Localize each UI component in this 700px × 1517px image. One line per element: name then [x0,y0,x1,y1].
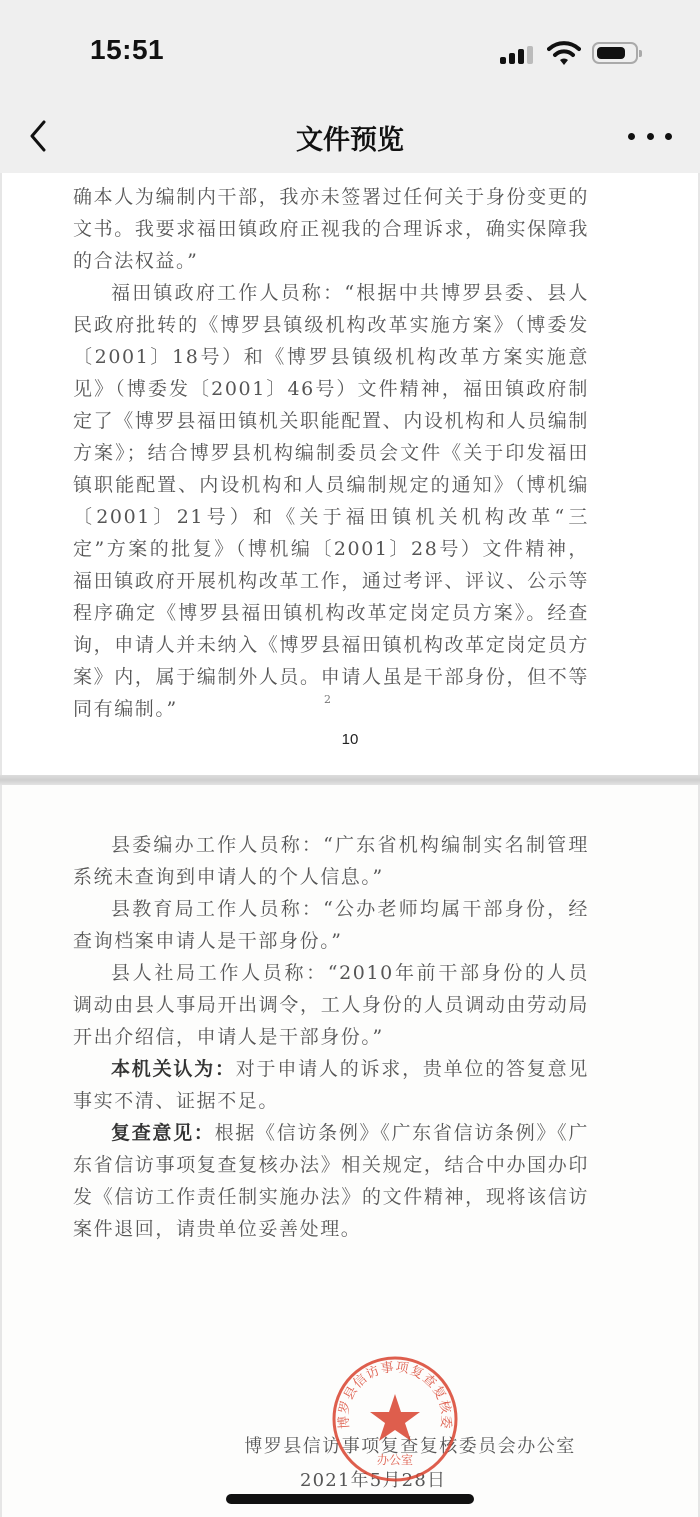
signature-date: 2021年5月28日 [300,1466,500,1492]
cellular-signal-icon [500,46,536,64]
inner-page-number: 2 [324,693,331,706]
paragraph: 县委编办工作人员称：“广东省机构编制实名制管理系统未查询到申请人的个人信息。” [73,829,589,893]
page-separator [0,775,700,785]
paragraph: 县教育局工作人员称：“公办老师均属干部身份，经查询档案申请人是干部身份。” [73,893,589,957]
page-number: 10 [2,731,698,748]
page2-body: 县委编办工作人员称：“广东省机构编制实名制管理系统未查询到申请人的个人信息。” … [73,829,589,1245]
status-bar: 15:51 [0,0,700,100]
wifi-icon [547,40,581,66]
paragraph: 确本人为编制内干部，我亦未签署过任何关于身份变更的文书。我要求福田镇政府正视我的… [73,181,589,277]
status-time: 15:51 [90,34,164,66]
page1-body: 确本人为编制内干部，我亦未签署过任何关于身份变更的文书。我要求福田镇政府正视我的… [73,181,589,725]
document-viewer[interactable]: 确本人为编制内干部，我亦未签署过任何关于身份变更的文书。我要求福田镇政府正视我的… [0,173,700,1517]
battery-icon [592,42,638,64]
document-page-10: 确本人为编制内干部，我亦未签署过任何关于身份变更的文书。我要求福田镇政府正视我的… [2,173,698,775]
home-indicator[interactable] [226,1494,474,1504]
more-horizontal-icon [628,133,635,140]
page-title: 文件预览 [0,118,700,157]
paragraph: 福田镇政府工作人员称：“根据中共博罗县委、县人民政府批转的《博罗县镇级机构改革实… [73,277,589,725]
paragraph: 本机关认为：对于申请人的诉求，贵单位的答复意见事实不清、证据不足。 [73,1053,589,1117]
bold-lead: 复查意见： [111,1122,215,1144]
paragraph: 县人社局工作人员称：“2010年前干部身份的人员调动由县人事局开出调令，工人身份… [73,957,589,1053]
paragraph: 复查意见：根据《信访条例》《广东省信访条例》《广东省信访事项复查复核办法》相关规… [73,1117,589,1245]
document-page-11: 县委编办工作人员称：“广东省机构编制实名制管理系统未查询到申请人的个人信息。” … [2,785,698,1517]
bold-lead: 本机关认为： [111,1058,236,1080]
navigation-bar: 文件预览 [0,100,700,173]
more-options-button[interactable] [628,122,672,150]
signature-organization: 博罗县信访事项复查复核委员会办公室 [230,1432,590,1458]
